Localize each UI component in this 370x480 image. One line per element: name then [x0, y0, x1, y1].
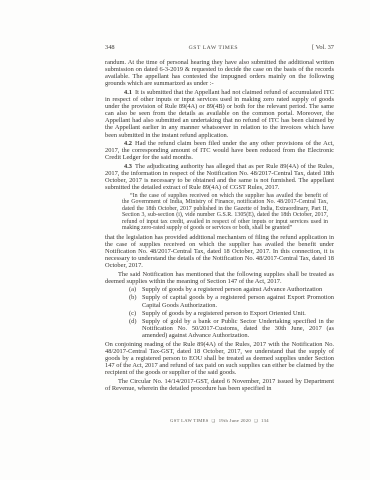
- section-text: Had the refund claim been filed under th…: [105, 140, 334, 161]
- journal-title: GST LAW TIMES: [189, 45, 238, 51]
- paragraph-section-4-3: 4.3The adjudicating authority has allege…: [105, 163, 334, 191]
- list-item: (a) Supply of goods by a registered pers…: [129, 286, 334, 293]
- paragraph-conjoining: On conjoining reading of the Rule 89(4A)…: [105, 341, 334, 376]
- page-header: 348 GST LAW TIMES [ Vol. 37: [105, 44, 334, 51]
- section-number: 4.3: [124, 163, 132, 170]
- footer-journal: GST LAW TIMES: [170, 418, 209, 423]
- list-item-text: Supply of capital goods by a registered …: [142, 294, 334, 308]
- paragraph-section-4-1: 4.1It is submitted that the Appellant ha…: [105, 89, 334, 139]
- section-text: It is submitted that the Appellant had n…: [105, 89, 334, 139]
- section-number: 4.1: [124, 89, 132, 96]
- document-page: 348 GST LAW TIMES [ Vol. 37 randum. At t…: [105, 44, 334, 393]
- section-text: The adjudicating authority has alleged t…: [105, 163, 334, 191]
- footer-date: 19th June 2020: [219, 418, 251, 423]
- list-item: (d) Supply of gold by a bank or Public S…: [129, 318, 334, 339]
- list-item: (b) Supply of capital goods by a registe…: [129, 294, 334, 308]
- footer-separator-icon: ❑: [212, 418, 216, 423]
- list-item: (c) Supply of goods by a registered pers…: [129, 310, 334, 317]
- paragraph-legislation: that the legislation has provided additi…: [105, 234, 334, 269]
- body-text: randum. At the time of personal hearing …: [105, 59, 334, 392]
- list-item-label: (d): [129, 318, 142, 339]
- deemed-supplies-list: (a) Supply of goods by a registered pers…: [129, 286, 334, 339]
- paragraph-notification: The said Notification has mentioned that…: [105, 271, 334, 285]
- list-item-text: Supply of gold by a bank or Public Secto…: [142, 318, 334, 339]
- list-item-text: Supply of goods by a registered person a…: [142, 286, 334, 293]
- list-item-label: (b): [129, 294, 142, 308]
- footer-page-number: 134: [261, 418, 269, 423]
- footer-separator-icon: ❑: [254, 418, 258, 423]
- list-item-label: (c): [129, 310, 142, 317]
- section-number: 4.2: [124, 140, 132, 147]
- page-number: 348: [105, 44, 115, 51]
- list-item-label: (a): [129, 286, 142, 293]
- paragraph-continuation: randum. At the time of personal hearing …: [105, 59, 334, 87]
- volume-label: [ Vol. 37: [312, 44, 334, 51]
- page-footer: GST LAW TIMES ❑ 19th June 2020 ❑ 134: [105, 418, 334, 423]
- list-item-text: Supply of goods by a registered person t…: [142, 310, 334, 317]
- block-quote-rule-89-4a: “In the case of supplies received on whi…: [122, 193, 328, 231]
- paragraph-section-4-2: 4.2Had the refund claim been filed under…: [105, 140, 334, 161]
- paragraph-circular: The Circular No. 14/14/2017-GST, dated 6…: [105, 378, 334, 392]
